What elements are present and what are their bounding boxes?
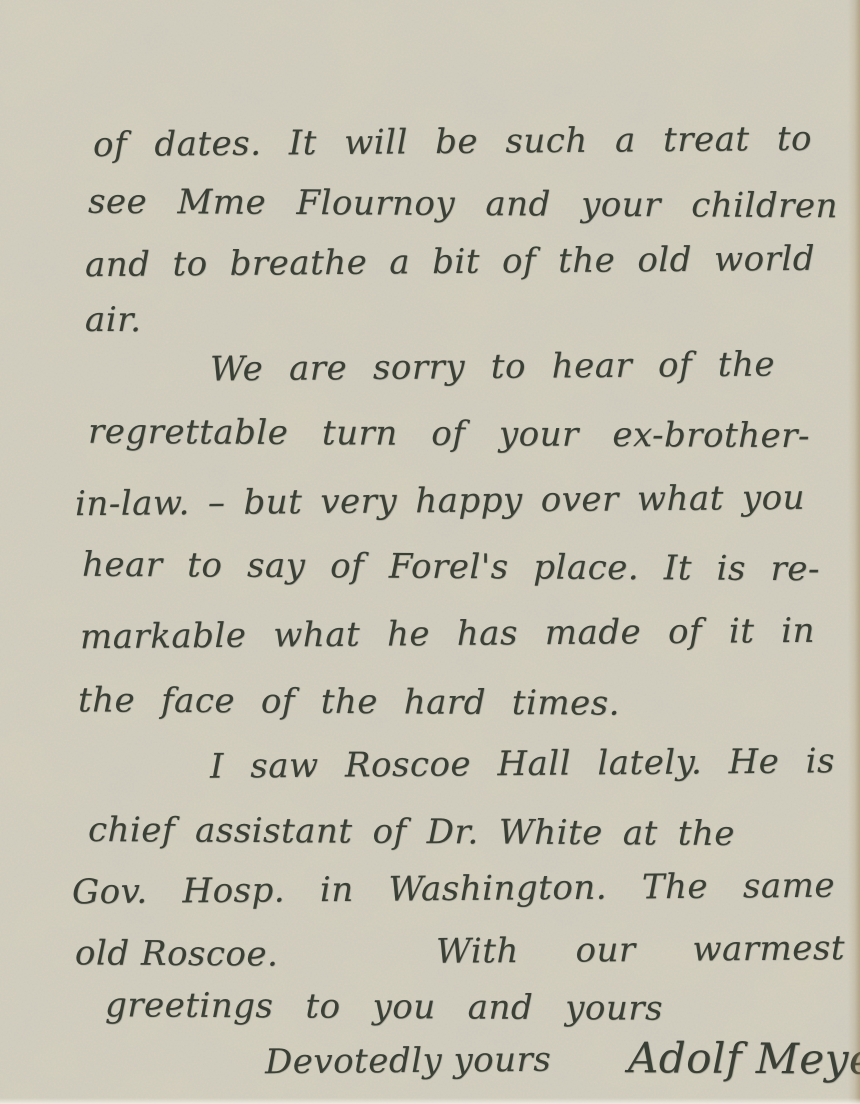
handwritten-line-14-right: With our warmest <box>436 928 845 972</box>
handwritten-line-14-left: old Roscoe. <box>75 933 279 974</box>
handwritten-line-15: greetings to you and yours <box>105 985 663 1028</box>
page-right-edge-shadow <box>848 0 860 1104</box>
handwritten-line-3: and to breathe a bit of the old world <box>85 239 815 285</box>
handwritten-line-11: I saw Roscoe Hall lately. He is <box>210 741 835 786</box>
handwritten-line-8: hear to say of Forel's place. It is re- <box>82 545 820 590</box>
signature: Adolf Meyer <box>628 1033 860 1084</box>
page-bottom-edge-highlight <box>0 1098 860 1104</box>
handwritten-line-5: We are sorry to hear of the <box>210 345 775 390</box>
handwritten-line-4: air. <box>85 300 142 340</box>
handwritten-line-12: chief assistant of Dr. White at the <box>88 810 735 854</box>
handwritten-line-2: see Mme Flournoy and your children <box>88 182 838 227</box>
valediction: Devotedly yours <box>265 1040 552 1082</box>
letter-page: of dates. It will be such a treat to see… <box>0 0 860 1104</box>
handwritten-line-6: regrettable turn of your ex-brother- <box>88 412 810 456</box>
handwritten-line-13: Gov. Hosp. in Washington. The same <box>72 866 835 913</box>
handwritten-line-10: the face of the hard times. <box>78 680 620 723</box>
handwritten-line-9: markable what he has made of it in <box>80 611 815 657</box>
handwritten-line-7: in-law. – but very happy over what you <box>75 478 805 524</box>
handwritten-line-1: of dates. It will be such a treat to <box>93 119 812 165</box>
